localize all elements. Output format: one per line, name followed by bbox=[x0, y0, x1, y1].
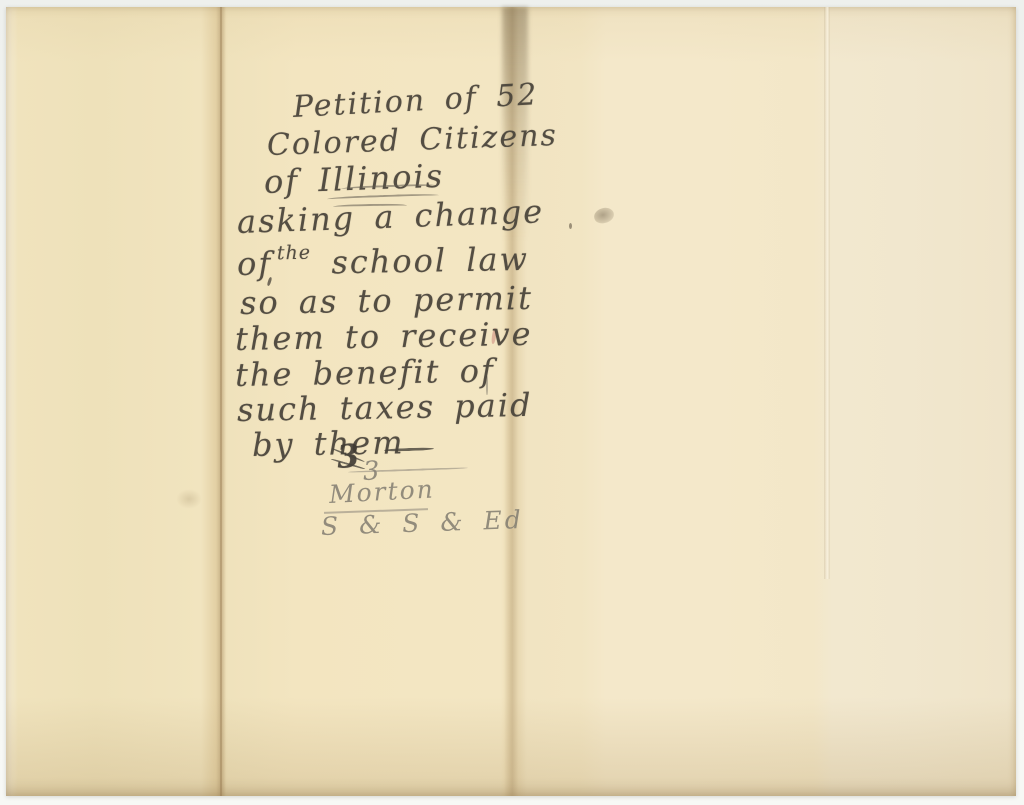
document-paper: Petition of 52 Colored Citizens of Illin… bbox=[6, 7, 1016, 796]
line-word: school law bbox=[331, 240, 529, 281]
handwritten-line: ofthe school law bbox=[237, 240, 530, 283]
line-word: of bbox=[237, 244, 273, 283]
stain-speck bbox=[569, 223, 572, 229]
handwritten-line: by them bbox=[252, 423, 405, 464]
stain-smudge bbox=[176, 489, 202, 509]
fold-crease-right bbox=[824, 7, 830, 579]
stain-blob bbox=[593, 206, 616, 225]
fold-crease-left-core bbox=[220, 7, 222, 796]
referral-note: S & S & Ed bbox=[320, 505, 524, 541]
referral-name: Morton bbox=[328, 474, 435, 508]
handwritten-line: such taxes paid bbox=[237, 386, 533, 429]
inserted-word: the bbox=[277, 242, 312, 265]
scan-background: Petition of 52 Colored Citizens of Illin… bbox=[0, 0, 1024, 805]
